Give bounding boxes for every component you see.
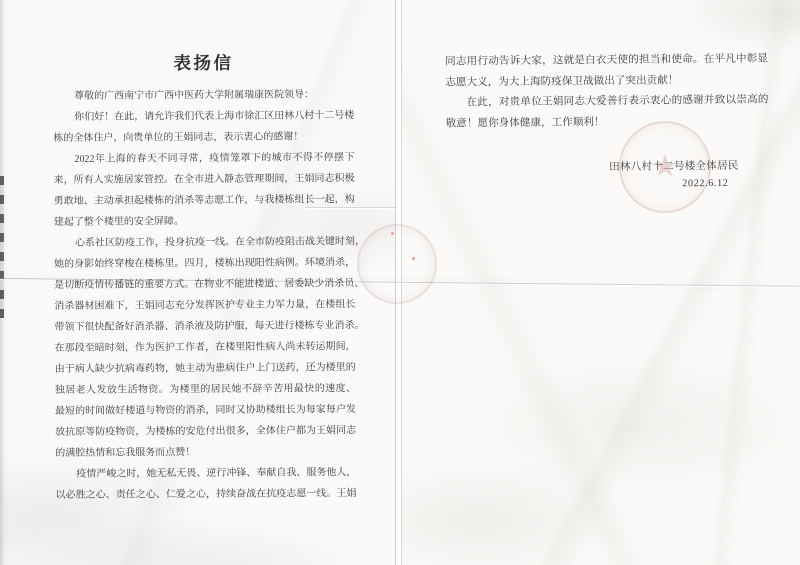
letter-line: 最短的时间做好楼道与物资的消杀，同时又协助楼组长为每家每户发 xyxy=(55,399,356,422)
letter-body-left: 尊敬的广西南宁市广西中医药大学附属瑞康医院领导： 你们好！在此，请允许我们代表上… xyxy=(53,84,357,506)
letter-line: 是切断疫情传播链的重要方式。在物业不能进楼道、居委缺少消杀员、 xyxy=(54,273,355,296)
letter-line: 心系社区防疫工作，投身抗疫一线。在全市防疫阻击战关键时刻， xyxy=(54,231,355,254)
letter-line: 放抗原等防疫物资，为楼栋的安危付出很多，全体住户都为王娟同志 xyxy=(55,420,356,443)
letter-line: 尊敬的广西南宁市广西中医药大学附属瑞康医院领导： xyxy=(53,84,354,107)
letter-line: 由于病人缺少抗病毒药物，她主动为患病住户上门送药，还为楼里的 xyxy=(55,357,356,380)
letter-date: 2022.6.12 xyxy=(682,177,772,189)
letter-line: 她的身影始终穿梭在楼栋里。四月，楼栋出现阳性病例。环境消杀， xyxy=(54,252,355,275)
letter-line: 同志用行动告诉大家，这就是白衣天使的担当和使命。在平凡中彰显 xyxy=(445,49,768,73)
letter-line: 独居老人发放生活物资。为楼里的居民她不辞辛苦用最快的速度、 xyxy=(55,378,356,401)
scanned-letter: 表扬信 尊敬的广西南宁市广西中医药大学附属瑞康医院领导： 你们好！在此，请允许我… xyxy=(0,0,800,565)
letter-line: 在那段至暗时刻，作为医护工作者，在楼里阳性病人尚未转运期间， xyxy=(55,336,356,359)
letter-line: 2022年上海的春天不同寻常，疫情笼罩下的城市不得不停摆下 xyxy=(53,147,354,170)
letter-line: 的满腔热情和忘我服务而点赞！ xyxy=(55,441,356,464)
letter-line: 勇敢地、主动承担起楼栋的消杀等志愿工作，与我楼栋组长一起，构 xyxy=(54,189,355,212)
letter-line: 来，所有人实施居家管控。在全市进入静态管理期间，王娟同志积极 xyxy=(54,168,355,191)
letter-title: 表扬信 xyxy=(53,49,354,75)
letter-line: 带领下很快配备好消杀器、消杀液及防护服，每天进行楼栋专业消杀。 xyxy=(54,315,355,338)
cross-page-seal-faint xyxy=(357,224,437,304)
letter-body-right: 同志用行动告诉大家，这就是白衣天使的担当和使命。在平凡中彰显 志愿大义，为大上海… xyxy=(445,49,770,212)
scanner-edge-marks xyxy=(0,176,4,318)
seal-ink-speck xyxy=(391,232,394,235)
letter-line: 栋的全体住户，向贵单位的王娟同志，表示衷心的感谢！ xyxy=(53,126,354,149)
letter-line: 建起了整个楼里的安全屏障。 xyxy=(54,210,355,233)
letter-line: 在此，对贵单位王娟同志大爱善行表示衷心的感谢并致以崇高的 xyxy=(445,90,768,114)
letter-line: 疫情严峻之时，她无私无畏、逆行冲锋、奉献自我、服务他人， xyxy=(55,462,356,485)
seal-ink-speck xyxy=(412,257,415,260)
letter-line: 以必胜之心、责任之心、仁爱之心，持续奋战在抗疫志愿一线。王娟 xyxy=(55,483,356,506)
signature: 田林八村十二号楼全体居民 xyxy=(609,157,769,174)
letter-line: 敬意！愿你身体健康，工作顺利！ xyxy=(446,111,769,135)
letter-line: 你们好！在此，请允许我们代表上海市徐汇区田林八村十二号楼 xyxy=(53,105,354,128)
letter-line: 消杀器材困难下，王娟同志充分发挥医护专业主力军力量，在楼组长 xyxy=(54,294,355,317)
